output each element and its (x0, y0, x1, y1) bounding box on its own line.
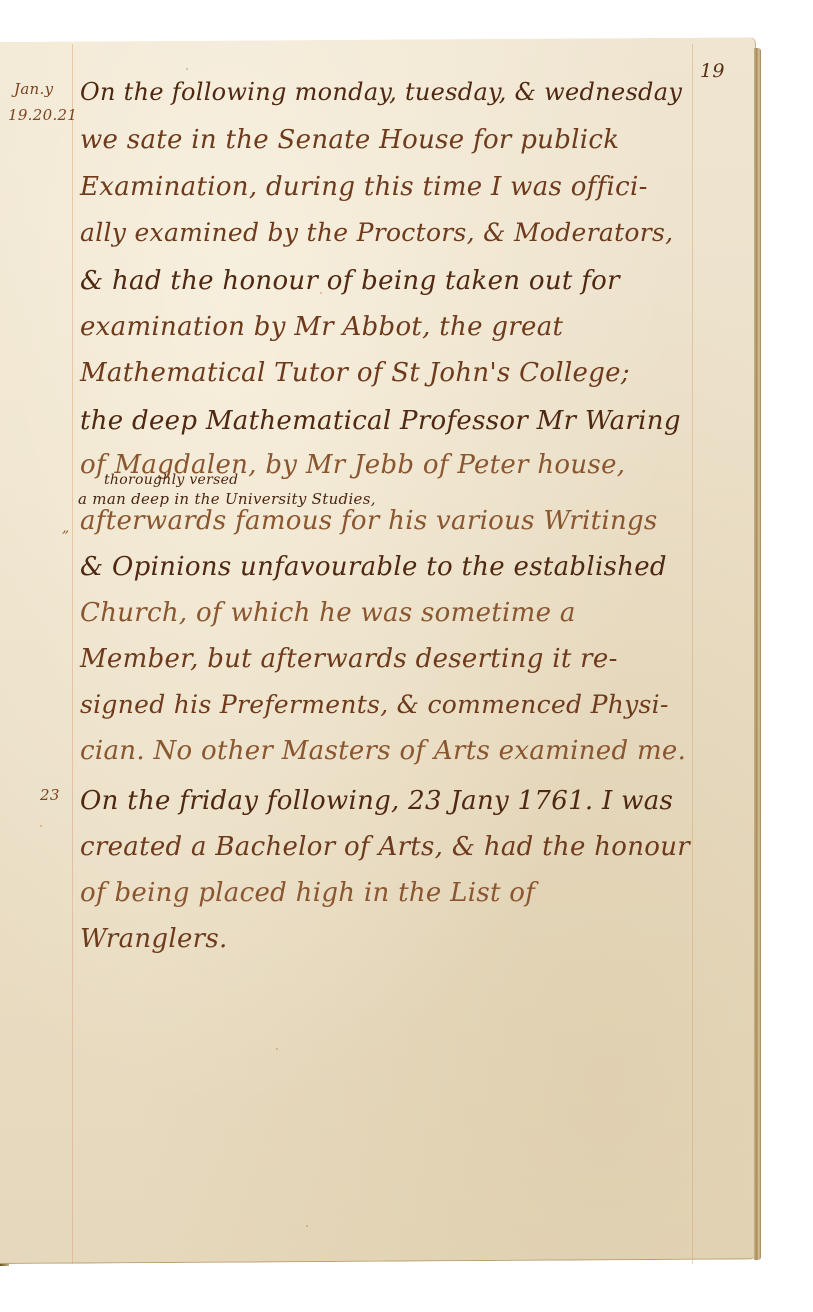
page-number: 19 (700, 60, 725, 82)
text-line: & had the honour of being taken out for (80, 266, 620, 296)
text-line: & Opinions unfavourable to the establish… (80, 552, 667, 582)
text-line: signed his Preferments, & commenced Phys… (80, 690, 669, 719)
text-line: of being placed high in the List of (80, 878, 535, 908)
insertion-mark: „ (62, 520, 70, 536)
text-line: Mathematical Tutor of St John's College; (80, 358, 630, 388)
text-line: On the following monday, tuesday, & wedn… (80, 78, 682, 106)
margin-date-days: 19.20.21 (8, 106, 77, 124)
text-line: we sate in the Senate House for publick (80, 125, 619, 155)
left-margin-rule (72, 44, 73, 1264)
text-line: On the friday following, 23 Jany 1761. I… (80, 786, 673, 816)
text-line: examination by Mr Abbot, the great (80, 312, 563, 342)
paper-speck (306, 1225, 308, 1227)
page-edge (754, 48, 761, 1260)
text-line: created a Bachelor of Arts, & had the ho… (80, 832, 690, 862)
right-margin-rule (692, 44, 693, 1264)
interlinear-insertion: thoroughly versed (104, 472, 238, 488)
text-line: Examination, during this time I was offi… (80, 172, 648, 202)
text-line: afterwards famous for his various Writin… (80, 506, 658, 536)
paper-speck (40, 825, 42, 827)
paper-speck (276, 1048, 278, 1050)
text-line: ally examined by the Proctors, & Moderat… (80, 218, 673, 247)
text-line: Church, of which he was sometime a (80, 598, 576, 628)
text-line: the deep Mathematical Professor Mr Warin… (80, 406, 681, 436)
text-line: cian. No other Masters of Arts examined … (80, 736, 686, 766)
text-line: Wranglers. (80, 924, 228, 954)
margin-date-23: 23 (40, 786, 60, 804)
text-line: Member, but afterwards deserting it re- (80, 644, 618, 674)
margin-date-month: Jan.y (14, 80, 53, 98)
paper-speck (186, 68, 188, 70)
